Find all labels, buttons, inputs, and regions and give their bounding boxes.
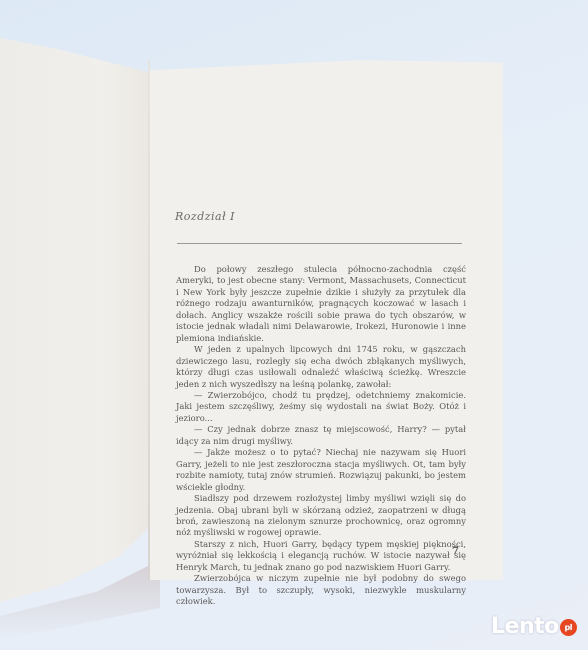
left-book-page [0,38,148,608]
lento-watermark: Lento pl [491,614,577,639]
body-text: Do połowy zeszłego stulecia północno-zac… [176,264,466,608]
paragraph: W jeden z upalnych lipcowych dni 1745 ro… [176,344,466,390]
paragraph: — Czy jednak dobrze znasz tę miejscowość… [176,424,466,447]
chapter-divider [177,243,462,244]
paragraph: — Zwierzobójco, chodź tu prędzej, odetch… [176,390,466,424]
paragraph: — Jakże możesz o to pytać? Niechaj nie n… [176,447,466,493]
watermark-brand: Lento [491,614,559,639]
chapter-title: Rozdział I [175,210,235,223]
speech-bubble-icon: pl [560,619,577,636]
paragraph: Do połowy zeszłego stulecia północno-zac… [176,264,466,344]
paragraph: Starszy z nich, Huori Garry, będący type… [176,539,466,573]
book-spine-gutter [148,60,150,580]
paragraph: Zwierzobójca w niczym zupełnie nie był p… [176,573,466,607]
page-number: 7 [452,546,459,557]
watermark-badge: pl [565,623,572,632]
paragraph: Siadłszy pod drzewem rozłożystej limby m… [176,493,466,539]
